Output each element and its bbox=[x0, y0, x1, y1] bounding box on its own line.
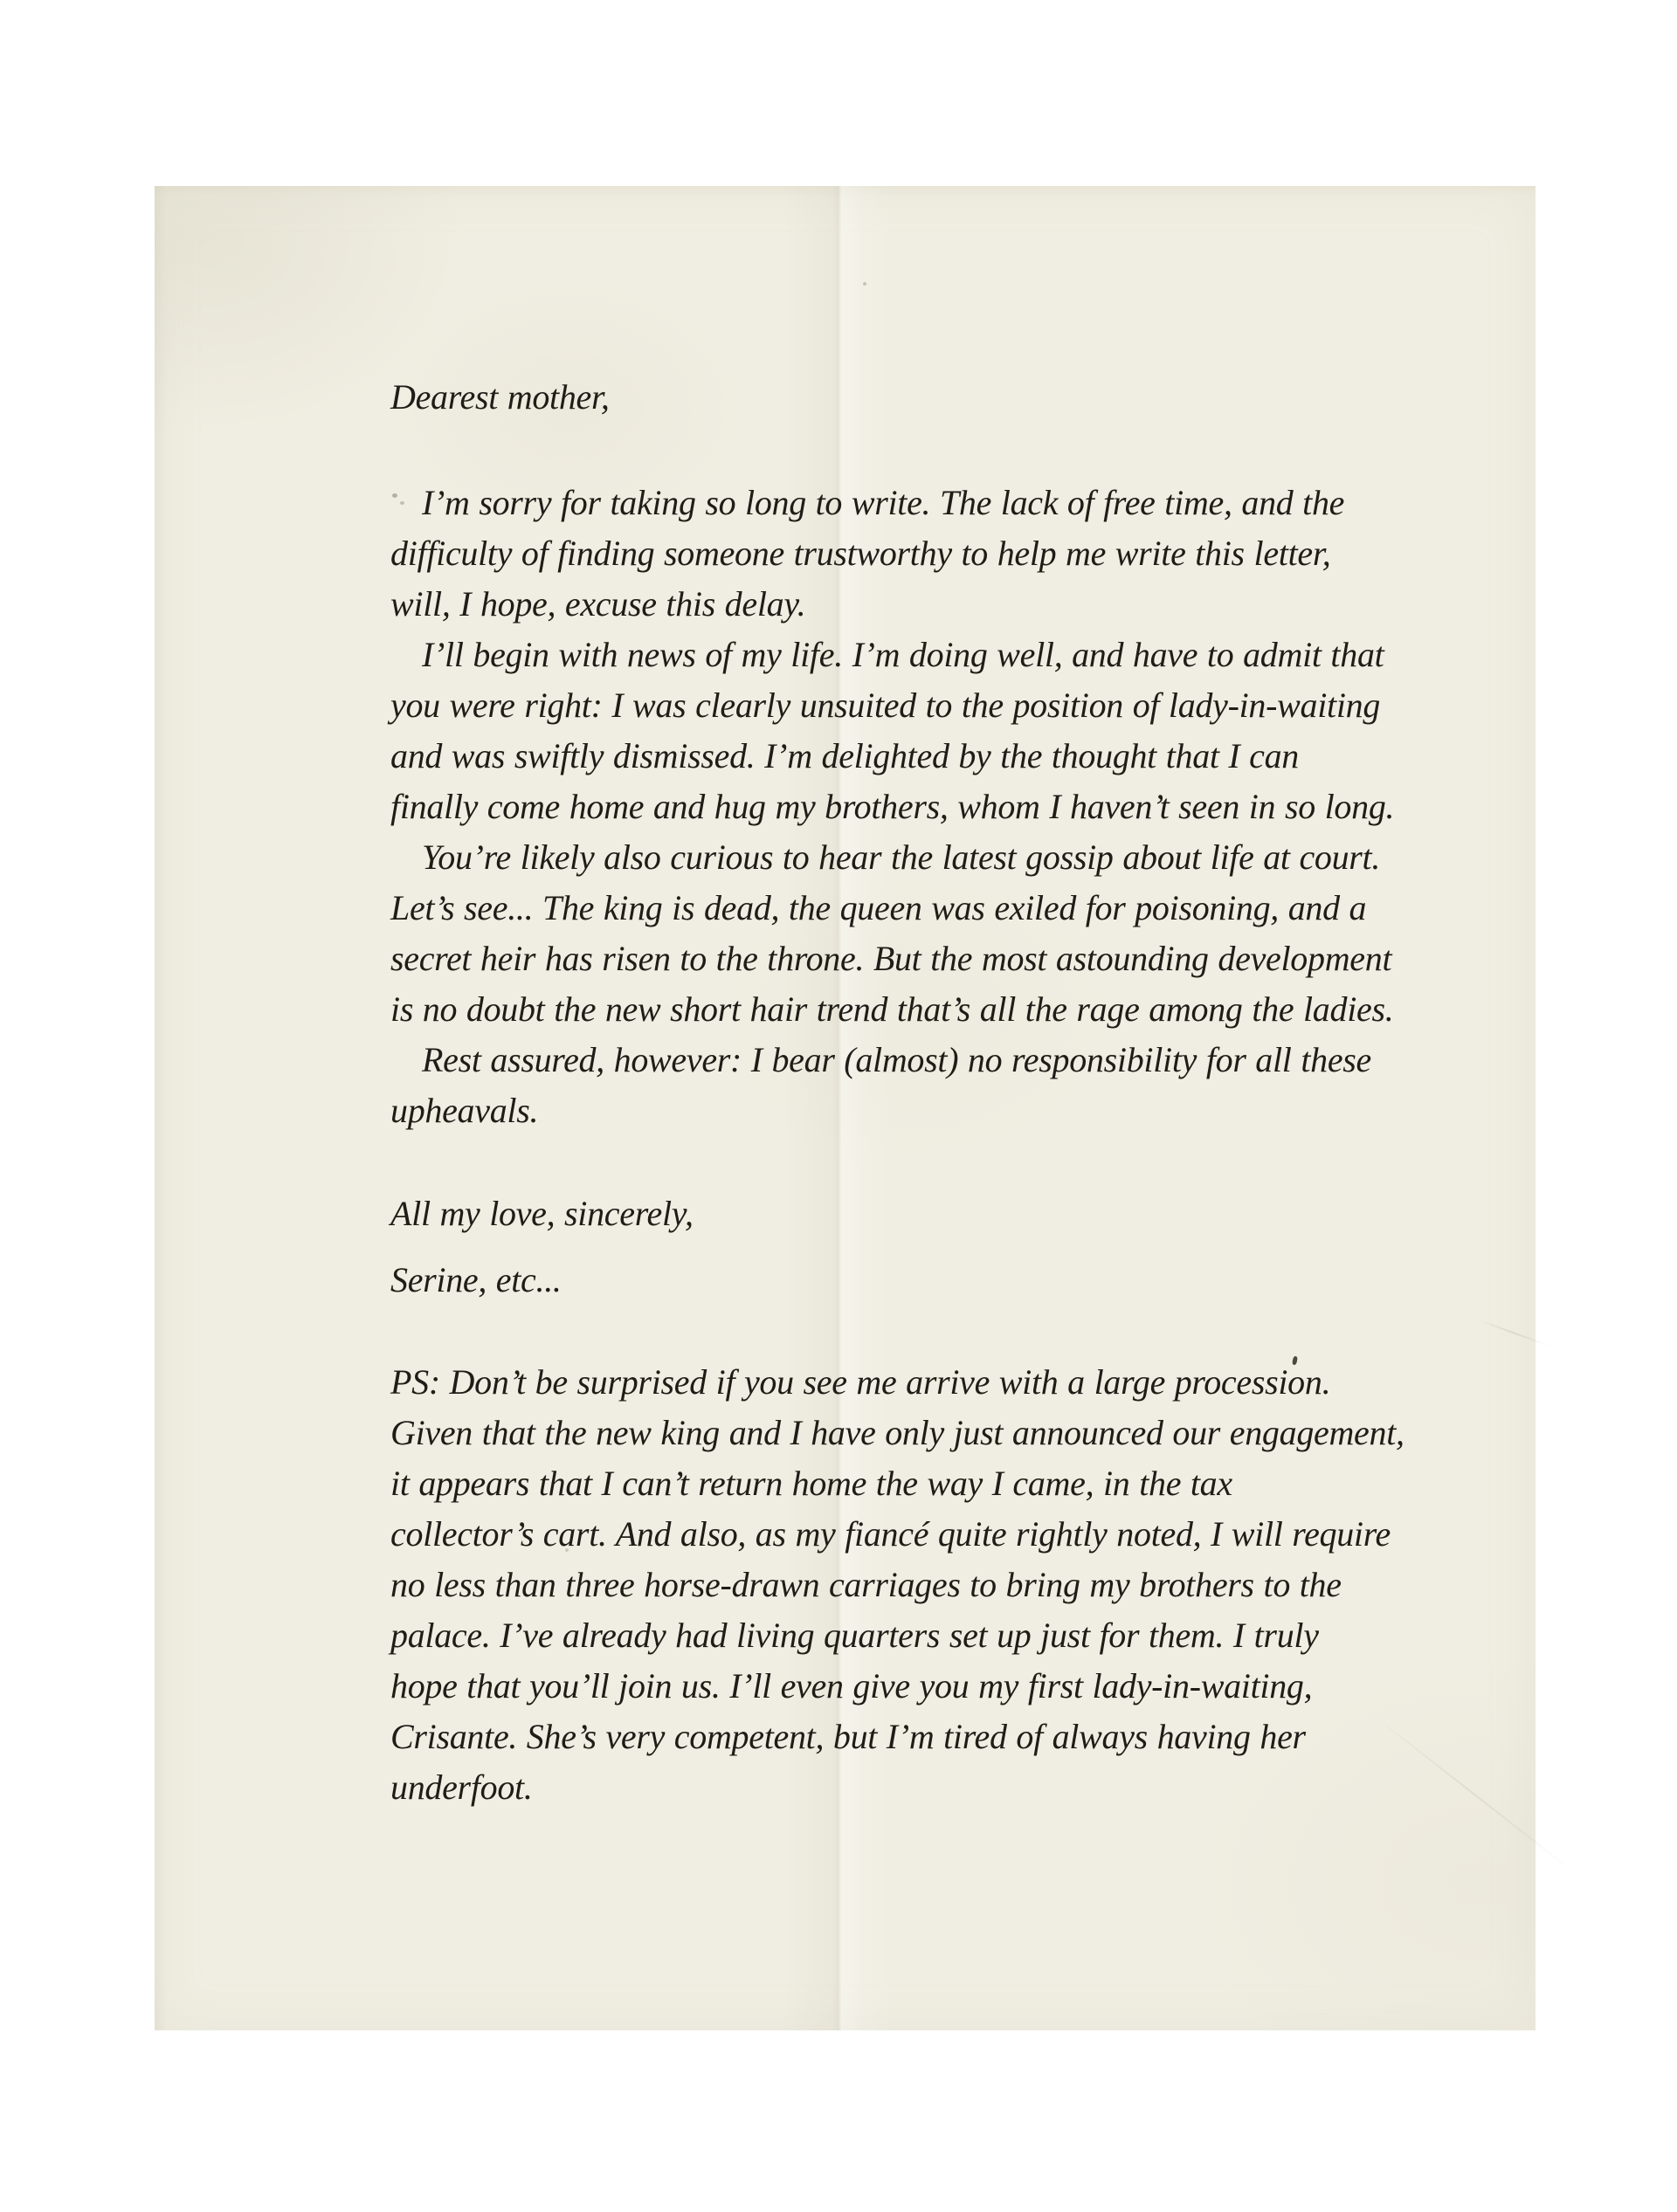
letter-paragraph: I’m sorry for taking so long to write. T… bbox=[390, 478, 1491, 630]
letter-paper: Dearest mother, I’m sorry for taking so … bbox=[155, 186, 1536, 2030]
letter-line: I’ll begin with news of my life. I’m doi… bbox=[390, 630, 1491, 680]
spacer bbox=[390, 423, 1491, 478]
letter-line: upheavals. bbox=[390, 1085, 1491, 1136]
letter-line: you were right: I was clearly unsuited t… bbox=[390, 680, 1491, 731]
page-background: Dearest mother, I’m sorry for taking so … bbox=[0, 0, 1677, 2212]
postscript-line: PS: Don’t be surprised if you see me arr… bbox=[390, 1357, 1491, 1408]
letter-line: You’re likely also curious to hear the l… bbox=[390, 832, 1491, 883]
postscript-line: Crisante. She’s very competent, but I’m … bbox=[390, 1712, 1491, 1762]
postscript-line: hope that you’ll join us. I’ll even give… bbox=[390, 1661, 1491, 1712]
letter-line: Let’s see... The king is dead, the queen… bbox=[390, 883, 1491, 934]
letter-line: secret heir has risen to the throne. But… bbox=[390, 934, 1491, 984]
ink-speck bbox=[863, 282, 866, 286]
letter-line: Rest assured, however: I bear (almost) n… bbox=[390, 1035, 1491, 1085]
letter-paragraphs: I’m sorry for taking so long to write. T… bbox=[390, 478, 1491, 1136]
letter-line: will, I hope, excuse this delay. bbox=[390, 579, 1491, 630]
letter-line: I’m sorry for taking so long to write. T… bbox=[390, 478, 1491, 528]
spacer bbox=[390, 1136, 1491, 1189]
postscript-line: collector’s cart. And also, as my fiancé… bbox=[390, 1509, 1491, 1560]
postscript-line: underfoot. bbox=[390, 1762, 1491, 1813]
letter-paragraph: You’re likely also curious to hear the l… bbox=[390, 832, 1491, 1035]
signature: Serine, etc... bbox=[390, 1255, 1491, 1306]
spacer bbox=[390, 1306, 1491, 1357]
postscript-line: no less than three horse-drawn carriages… bbox=[390, 1560, 1491, 1610]
letter-paragraph: Rest assured, however: I bear (almost) n… bbox=[390, 1035, 1491, 1136]
postscript-line: it appears that I can’t return home the … bbox=[390, 1458, 1491, 1509]
letter-line: is no doubt the new short hair trend tha… bbox=[390, 984, 1491, 1035]
postscript: PS: Don’t be surprised if you see me arr… bbox=[390, 1357, 1491, 1813]
postscript-line: palace. I’ve already had living quarters… bbox=[390, 1610, 1491, 1661]
letter-line: and was swiftly dismissed. I’m delighted… bbox=[390, 731, 1491, 782]
letter-line: finally come home and hug my brothers, w… bbox=[390, 782, 1491, 832]
spacer bbox=[390, 1239, 1491, 1255]
letter-paragraph: I’ll begin with news of my life. I’m doi… bbox=[390, 630, 1491, 832]
letter-body: Dearest mother, I’m sorry for taking so … bbox=[390, 372, 1491, 1813]
letter-line: difficulty of finding someone trustworth… bbox=[390, 528, 1491, 579]
postscript-line: Given that the new king and I have only … bbox=[390, 1408, 1491, 1458]
salutation: Dearest mother, bbox=[390, 372, 1491, 423]
closing: All my love, sincerely, bbox=[390, 1189, 1491, 1239]
